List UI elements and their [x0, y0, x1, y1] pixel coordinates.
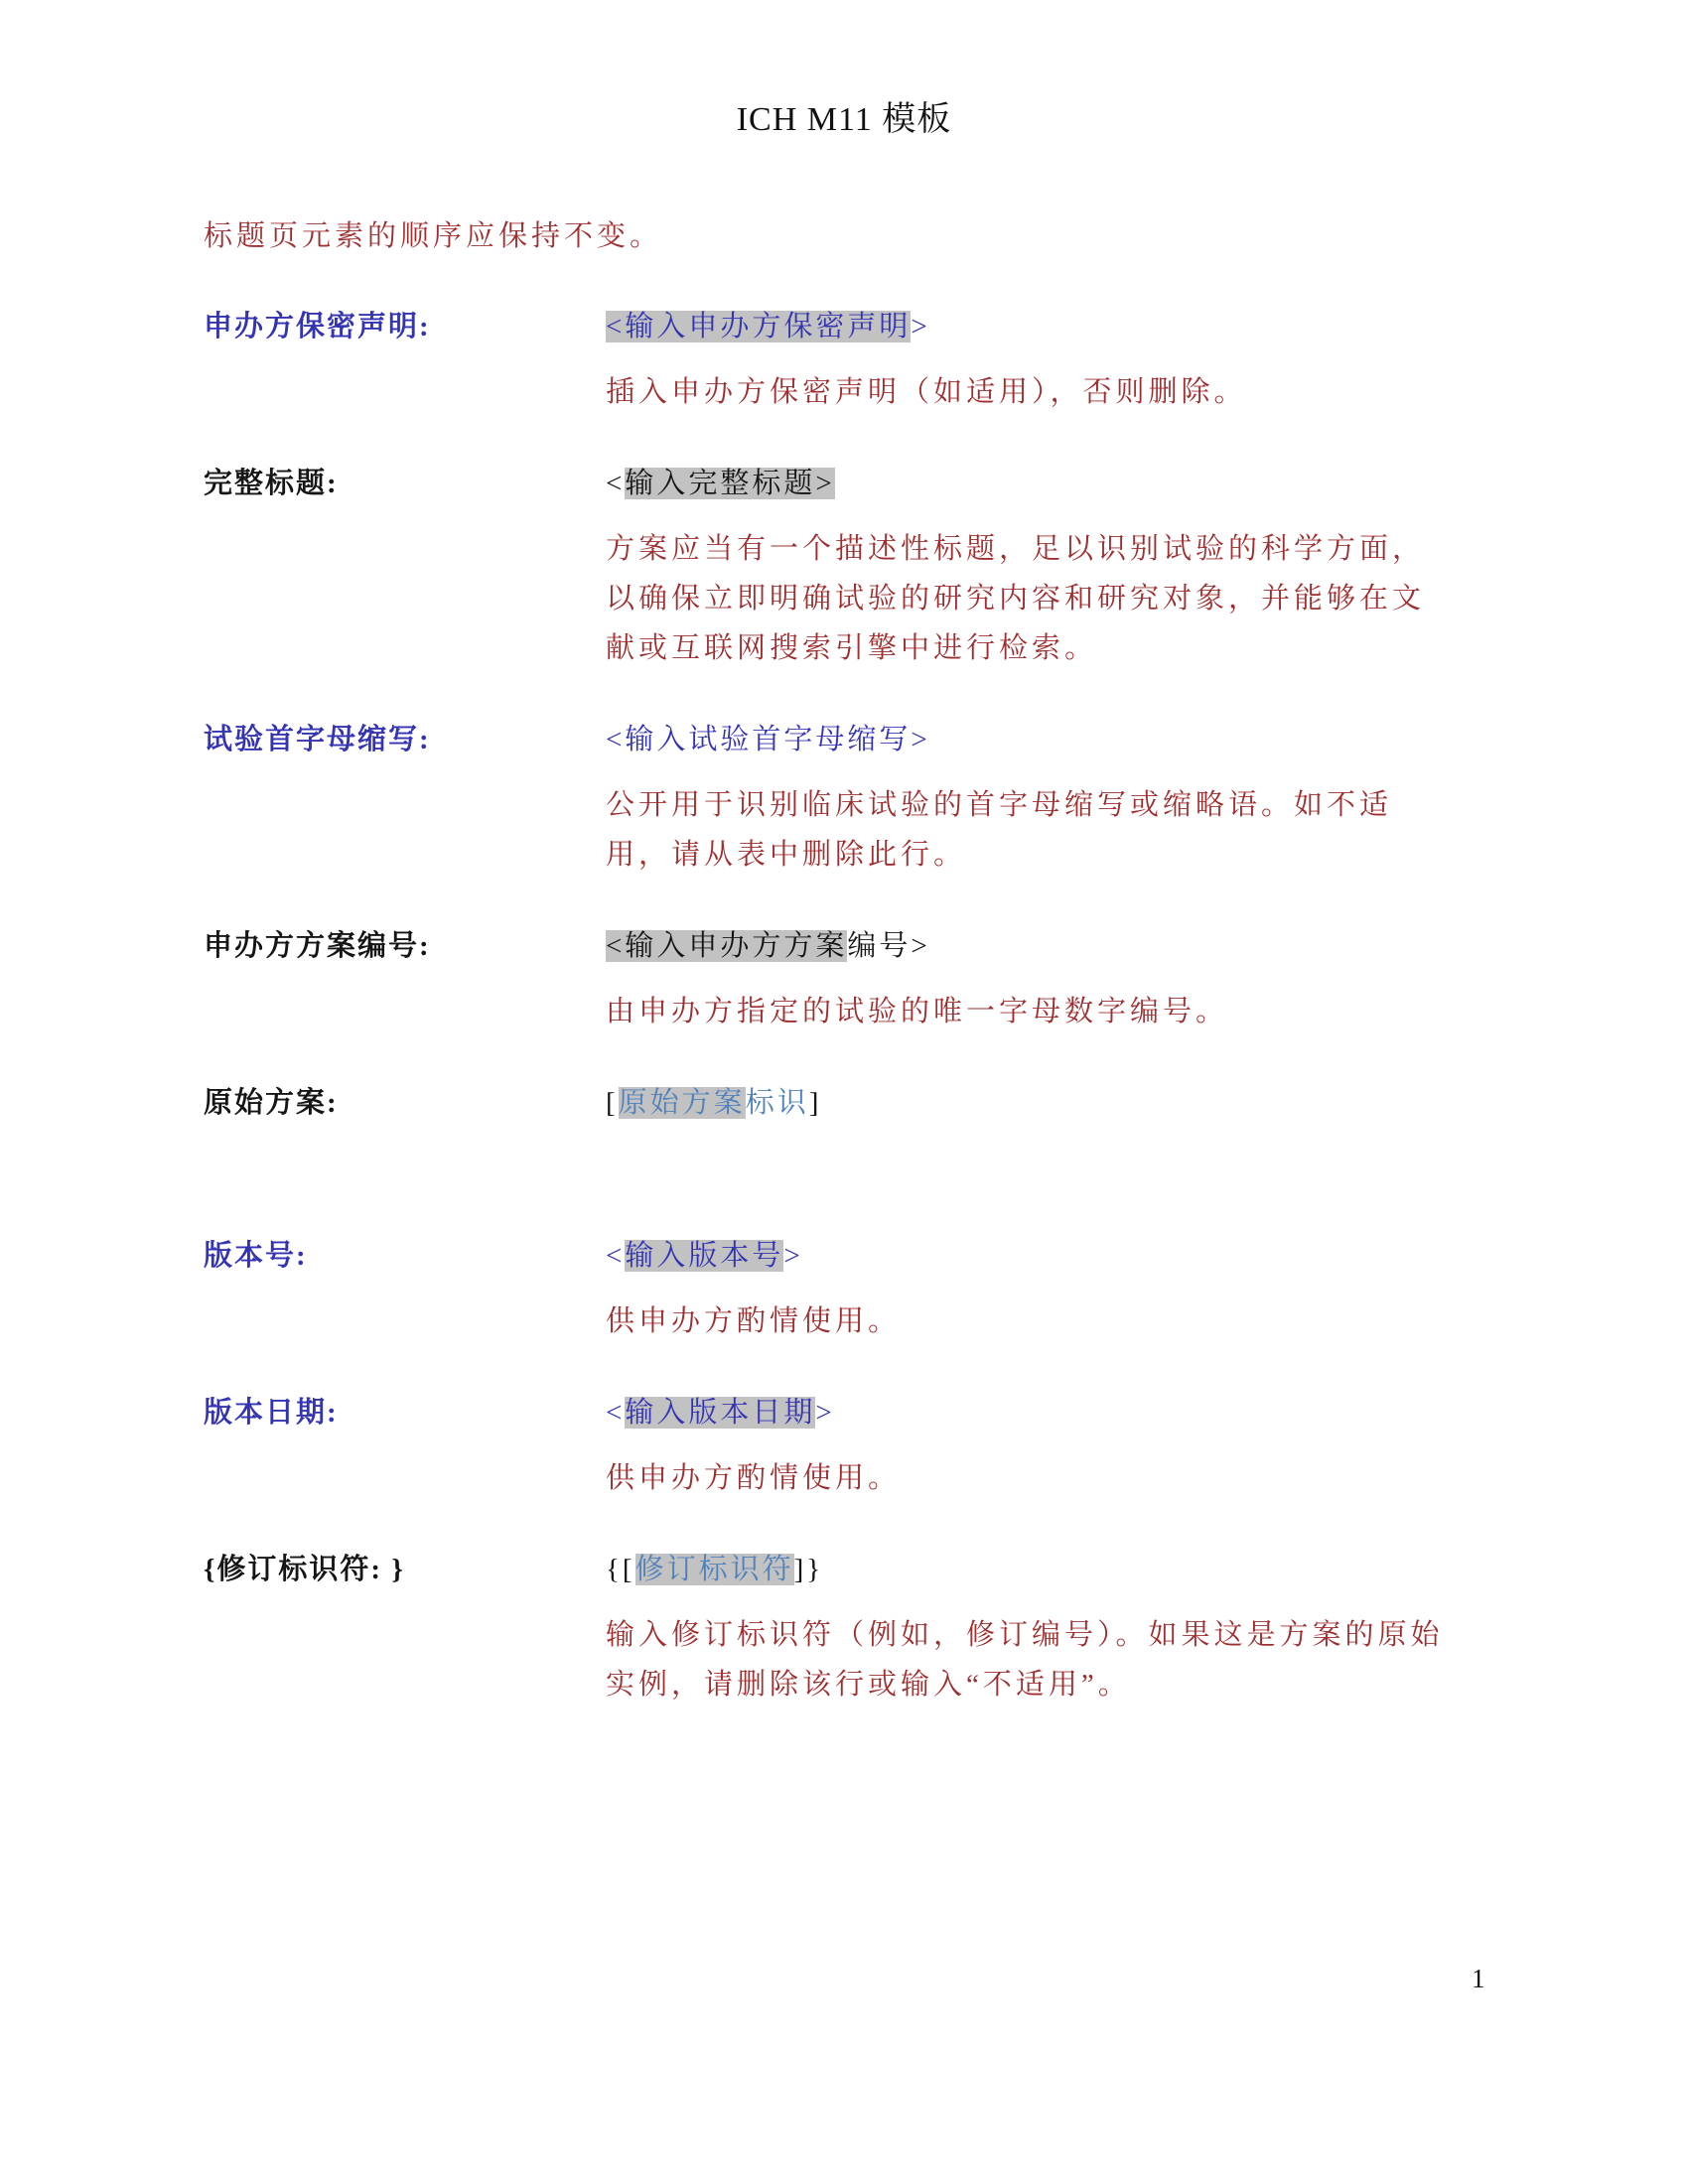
intro-note: 标题页元素的顺序应保持不变。: [204, 213, 1453, 254]
field-label: 试验首字母缩写:: [204, 717, 606, 762]
placeholder-highlight[interactable]: 原始方案: [619, 1087, 746, 1119]
field-body: <输入完整标题> 方案应当有一个描述性标题，足以识别试验的科学方面，以确保立即明…: [606, 461, 1450, 673]
field-placeholder[interactable]: <输入申办方保密声明>: [606, 304, 1450, 349]
document-body: 标题页元素的顺序应保持不变。 申办方保密声明: <输入申办方保密声明> 插入申办…: [204, 213, 1453, 1709]
placeholder-suffix: >: [815, 1397, 834, 1429]
placeholder-prefix: {[: [606, 1554, 635, 1585]
field-body: {[修订标识符]} 输入修订标识符（例如，修订编号）。如果这是方案的原始实例，请…: [606, 1547, 1450, 1709]
placeholder-prefix: [: [606, 1087, 619, 1119]
placeholder-highlight[interactable]: 输入完整标题>: [625, 468, 834, 499]
field-placeholder[interactable]: <输入版本日期>: [606, 1390, 1450, 1435]
field-description: 供申办方酌情使用。: [606, 1453, 1450, 1503]
placeholder-suffix: >: [783, 1240, 802, 1272]
field-description: 供申办方酌情使用。: [606, 1297, 1450, 1346]
field-body: <输入申办方方案编号> 由申办方指定的试验的唯一字母数字编号。: [606, 923, 1450, 1036]
field-label: 申办方方案编号:: [204, 923, 606, 969]
field-label: 申办方保密声明:: [204, 304, 606, 349]
placeholder-highlight[interactable]: 输入版本日期: [625, 1397, 815, 1429]
placeholder-highlight[interactable]: <输入申办方保密声明: [606, 311, 911, 342]
field-description: 方案应当有一个描述性标题，足以识别试验的科学方面，以确保立即明确试验的研究内容和…: [606, 524, 1450, 673]
placeholder-highlight[interactable]: 修订标识符: [635, 1554, 794, 1585]
placeholder-suffix: 标识: [746, 1087, 809, 1119]
field-row-amendment-identifier: {修订标识符: } {[修订标识符]} 输入修订标识符（例如，修订编号）。如果这…: [204, 1547, 1453, 1709]
field-label: 版本号:: [204, 1233, 606, 1279]
field-row-original-protocol: 原始方案: [原始方案标识]: [204, 1080, 1453, 1126]
placeholder-suffix: 编号>: [847, 930, 929, 962]
document-title: ICH M11 模板: [0, 0, 1688, 140]
page-number: 1: [1472, 1964, 1485, 1994]
field-placeholder[interactable]: [原始方案标识]: [606, 1080, 1450, 1126]
placeholder-highlight[interactable]: 输入版本号: [625, 1240, 783, 1272]
field-body: <输入版本号> 供申办方酌情使用。: [606, 1233, 1450, 1346]
document-page: ICH M11 模板 标题页元素的顺序应保持不变。 申办方保密声明: <输入申办…: [0, 0, 1688, 2184]
field-row-version-date: 版本日期: <输入版本日期> 供申办方酌情使用。: [204, 1390, 1453, 1503]
placeholder-prefix: <输入试验首字母缩写>: [606, 724, 930, 755]
field-body: [原始方案标识]: [606, 1080, 1450, 1126]
field-description: 公开用于识别临床试验的首字母缩写或缩略语。如不适用，请从表中删除此行。: [606, 780, 1450, 880]
field-label: 完整标题:: [204, 461, 606, 506]
field-placeholder[interactable]: <输入试验首字母缩写>: [606, 717, 1450, 762]
placeholder-suffix: >: [911, 311, 929, 342]
placeholder-end: ]}: [794, 1554, 824, 1585]
field-row-version-number: 版本号: <输入版本号> 供申办方酌情使用。: [204, 1233, 1453, 1346]
field-label: {修订标识符: }: [204, 1547, 606, 1592]
field-row-trial-acronym: 试验首字母缩写: <输入试验首字母缩写> 公开用于识别临床试验的首字母缩写或缩略…: [204, 717, 1453, 880]
field-placeholder[interactable]: <输入申办方方案编号>: [606, 923, 1450, 969]
field-row-sponsor-protocol-identifier: 申办方方案编号: <输入申办方方案编号> 由申办方指定的试验的唯一字母数字编号。: [204, 923, 1453, 1036]
placeholder-prefix: <: [606, 468, 625, 499]
field-row-full-title: 完整标题: <输入完整标题> 方案应当有一个描述性标题，足以识别试验的科学方面，…: [204, 461, 1453, 673]
field-body: <输入申办方保密声明> 插入申办方保密声明（如适用），否则删除。: [606, 304, 1450, 417]
placeholder-end: ]: [809, 1087, 822, 1119]
field-description: 输入修订标识符（例如，修订编号）。如果这是方案的原始实例，请删除该行或输入“不适…: [606, 1610, 1450, 1709]
placeholder-highlight[interactable]: <输入申办方方案: [606, 930, 847, 962]
placeholder-prefix: <: [606, 1397, 625, 1429]
field-label: 原始方案:: [204, 1080, 606, 1126]
field-placeholder[interactable]: <输入完整标题>: [606, 461, 1450, 506]
field-label: 版本日期:: [204, 1390, 606, 1435]
field-row-sponsor-confidentiality-statement: 申办方保密声明: <输入申办方保密声明> 插入申办方保密声明（如适用），否则删除…: [204, 304, 1453, 417]
field-body: <输入版本日期> 供申办方酌情使用。: [606, 1390, 1450, 1503]
field-description: 由申办方指定的试验的唯一字母数字编号。: [606, 987, 1450, 1036]
field-placeholder[interactable]: <输入版本号>: [606, 1233, 1450, 1279]
field-body: <输入试验首字母缩写> 公开用于识别临床试验的首字母缩写或缩略语。如不适用，请从…: [606, 717, 1450, 880]
placeholder-prefix: <: [606, 1240, 625, 1272]
title-page-fields: 申办方保密声明: <输入申办方保密声明> 插入申办方保密声明（如适用），否则删除…: [204, 304, 1453, 1709]
field-description: 插入申办方保密声明（如适用），否则删除。: [606, 367, 1450, 417]
field-placeholder[interactable]: {[修订标识符]}: [606, 1547, 1450, 1592]
